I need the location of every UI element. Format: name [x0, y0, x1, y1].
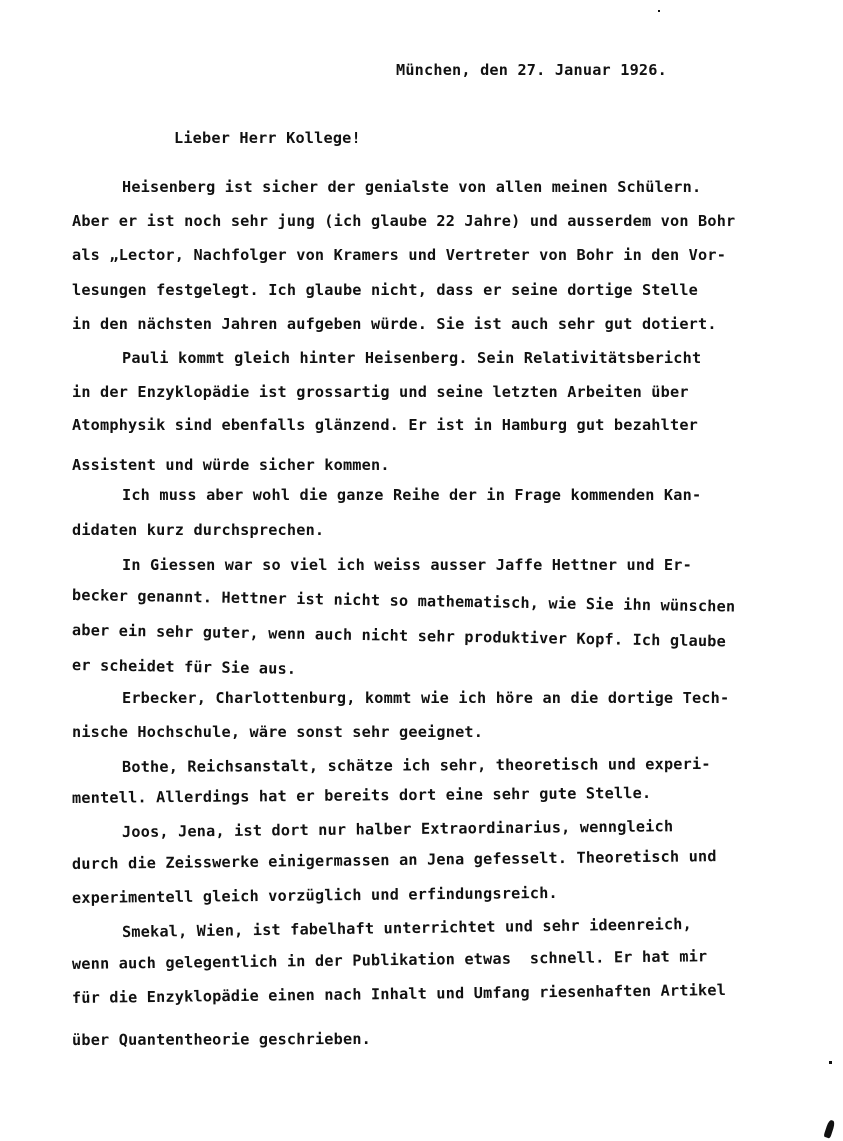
- salutation: Lieber Herr Kollege!: [174, 128, 361, 148]
- letter-line: In Giessen war so viel ich weiss ausser …: [122, 555, 692, 575]
- letter-line: für die Enzyklopädie einen nach Inhalt u…: [72, 980, 726, 1008]
- letter-line: Atomphysik sind ebenfalls glänzend. Er i…: [72, 415, 698, 435]
- letter-line: mentell. Allerdings hat er bereits dort …: [72, 783, 651, 808]
- letter-line: Bothe, Reichsanstalt, schätze ich sehr, …: [122, 754, 711, 777]
- letter-line: Heisenberg ist sicher der genialste von …: [122, 177, 701, 197]
- letter-line: Erbecker, Charlottenburg, kommt wie ich …: [122, 688, 729, 708]
- letter-line: Smekal, Wien, ist fabelhaft unterrichtet…: [122, 914, 692, 942]
- letter-line: Aber er ist noch sehr jung (ich glaube 2…: [72, 211, 735, 231]
- ink-speck: [658, 10, 660, 12]
- letter-line: Assistent und würde sicher kommen.: [72, 455, 390, 475]
- letter-line: Joos, Jena, ist dort nur halber Extraord…: [122, 816, 673, 842]
- letter-line: nische Hochschule, wäre sonst sehr geeig…: [72, 722, 483, 742]
- letter-line: aber ein sehr guter, wenn auch nicht seh…: [72, 620, 726, 651]
- ink-blot: [823, 1119, 835, 1138]
- letter-line: lesungen festgelegt. Ich glaube nicht, d…: [72, 280, 698, 300]
- ink-speck: [829, 1061, 832, 1064]
- letter-line: Pauli kommt gleich hinter Heisenberg. Se…: [122, 348, 701, 368]
- letter-line: in den nächsten Jahren aufgeben würde. S…: [72, 314, 717, 334]
- letter-line: als „Lector, Nachfolger von Kramers und …: [72, 245, 726, 265]
- letter-line: durch die Zeisswerke einigermassen an Je…: [72, 846, 717, 874]
- letter-line: didaten kurz durchsprechen.: [72, 520, 324, 540]
- letter-line: er scheidet für Sie aus.: [72, 655, 297, 679]
- letter-line: becker genannt. Hettner ist nicht so mat…: [72, 585, 736, 617]
- letter-line: experimentell gleich vorzüglich und erfi…: [72, 883, 558, 908]
- letter-line: in der Enzyklopädie ist grossartig und s…: [72, 382, 689, 402]
- date-line: München, den 27. Januar 1926.: [396, 60, 667, 80]
- letter-line: Ich muss aber wohl die ganze Reihe der i…: [122, 485, 701, 505]
- letter-line: wenn auch gelegentlich in der Publikatio…: [72, 946, 708, 974]
- letter-line: über Quantentheorie geschrieben.: [72, 1029, 371, 1050]
